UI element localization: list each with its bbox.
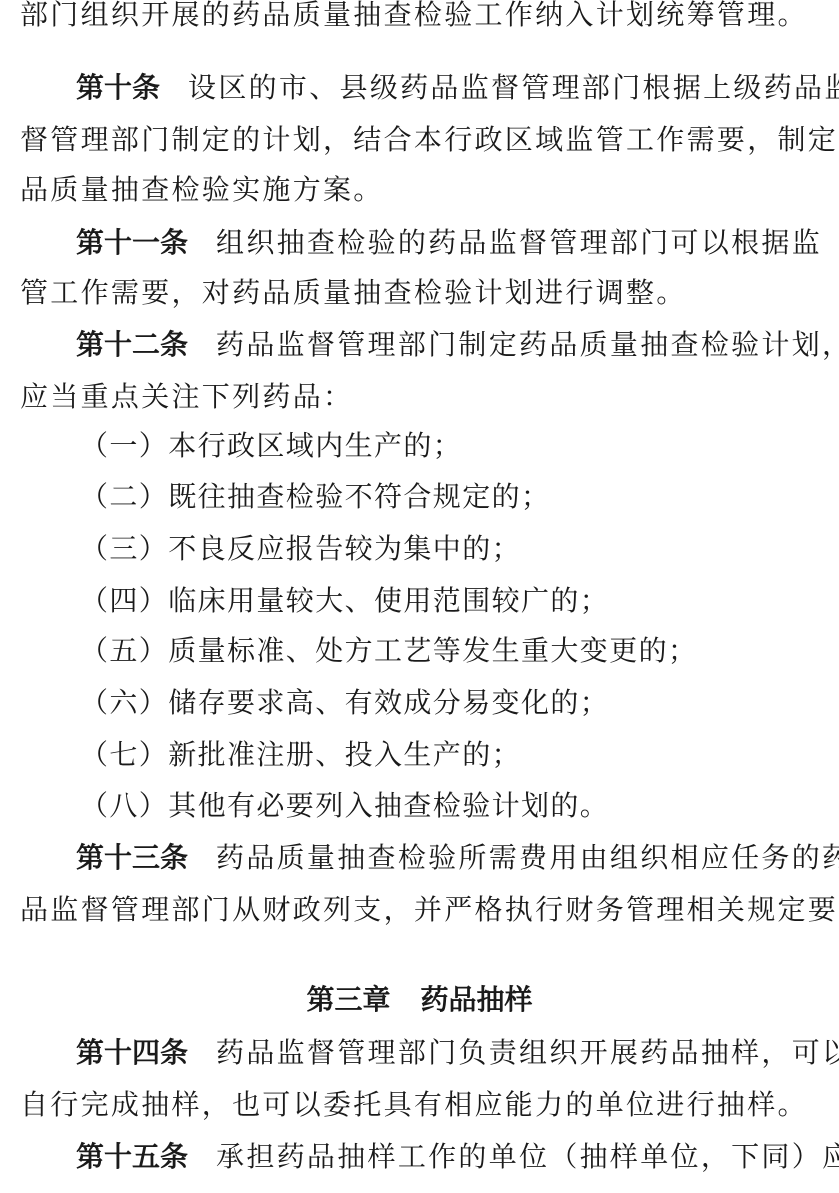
article-12-line-1: 第十二条药品监督管理部门制定药品质量抽查检验计划，: [0, 325, 839, 365]
chapter-heading: 第三章药品抽样: [0, 980, 839, 1020]
list-item: （七）新批准注册、投入生产的；: [0, 735, 839, 775]
list-item: （三）不良反应报告较为集中的；: [0, 529, 839, 569]
article-14-line-2: 自行完成抽样，也可以委托具有相应能力的单位进行抽样。: [0, 1085, 839, 1125]
list-item: （二）既往抽查检验不符合规定的；: [0, 477, 839, 517]
article-text: 药品监督管理部门负责组织开展药品抽样，可以: [216, 1036, 839, 1069]
list-item: （五）质量标准、处方工艺等发生重大变更的；: [0, 631, 839, 671]
article-label: 第十四条: [76, 1036, 188, 1069]
article-11-line-2: 管工作需要，对药品质量抽查检验计划进行调整。: [0, 273, 839, 313]
article-text: 药品质量抽查检验所需费用由组织相应任务的药: [216, 841, 839, 874]
chapter-title: 药品抽样: [421, 983, 533, 1016]
article-label: 第十一条: [76, 226, 188, 259]
article-10-line-1: 第十条设区的市、县级药品监督管理部门根据上级药品监: [0, 68, 839, 108]
article-text: 设区的市、县级药品监督管理部门根据上级药品监: [188, 71, 839, 104]
paragraph-line: 部门组织开展的药品质量抽查检验工作纳入计划统筹管理。: [0, 0, 839, 35]
article-text: 药品监督管理部门制定药品质量抽查检验计划，: [216, 328, 839, 361]
article-10-line-2: 督管理部门制定的计划，结合本行政区域监管工作需要，制定药: [0, 120, 839, 160]
article-text: 承担药品抽样工作的单位（抽样单位，下同）应: [216, 1140, 839, 1173]
list-item: （四）临床用量较大、使用范围较广的；: [0, 581, 839, 621]
list-item: （六）储存要求高、有效成分易变化的；: [0, 683, 839, 723]
chapter-number: 第三章: [306, 983, 390, 1016]
article-14-line-1: 第十四条药品监督管理部门负责组织开展药品抽样，可以: [0, 1033, 839, 1073]
article-10-line-3: 品质量抽查检验实施方案。: [0, 170, 839, 210]
article-label: 第十五条: [76, 1140, 188, 1173]
list-item: （一）本行政区域内生产的；: [0, 426, 839, 466]
article-13-line-2: 品监督管理部门从财政列支，并严格执行财务管理相关规定要求。: [0, 890, 839, 930]
article-12-line-2: 应当重点关注下列药品：: [0, 377, 839, 417]
article-label: 第十二条: [76, 328, 188, 361]
list-item: （八）其他有必要列入抽查检验计划的。: [0, 786, 839, 826]
article-label: 第十三条: [76, 841, 188, 874]
article-label: 第十条: [76, 71, 160, 104]
article-11-line-1: 第十一条组织抽查检验的药品监督管理部门可以根据监: [0, 223, 839, 263]
article-15-line-1: 第十五条承担药品抽样工作的单位（抽样单位，下同）应: [0, 1137, 839, 1177]
article-text: 组织抽查检验的药品监督管理部门可以根据监: [216, 226, 822, 259]
article-13-line-1: 第十三条药品质量抽查检验所需费用由组织相应任务的药: [0, 838, 839, 878]
